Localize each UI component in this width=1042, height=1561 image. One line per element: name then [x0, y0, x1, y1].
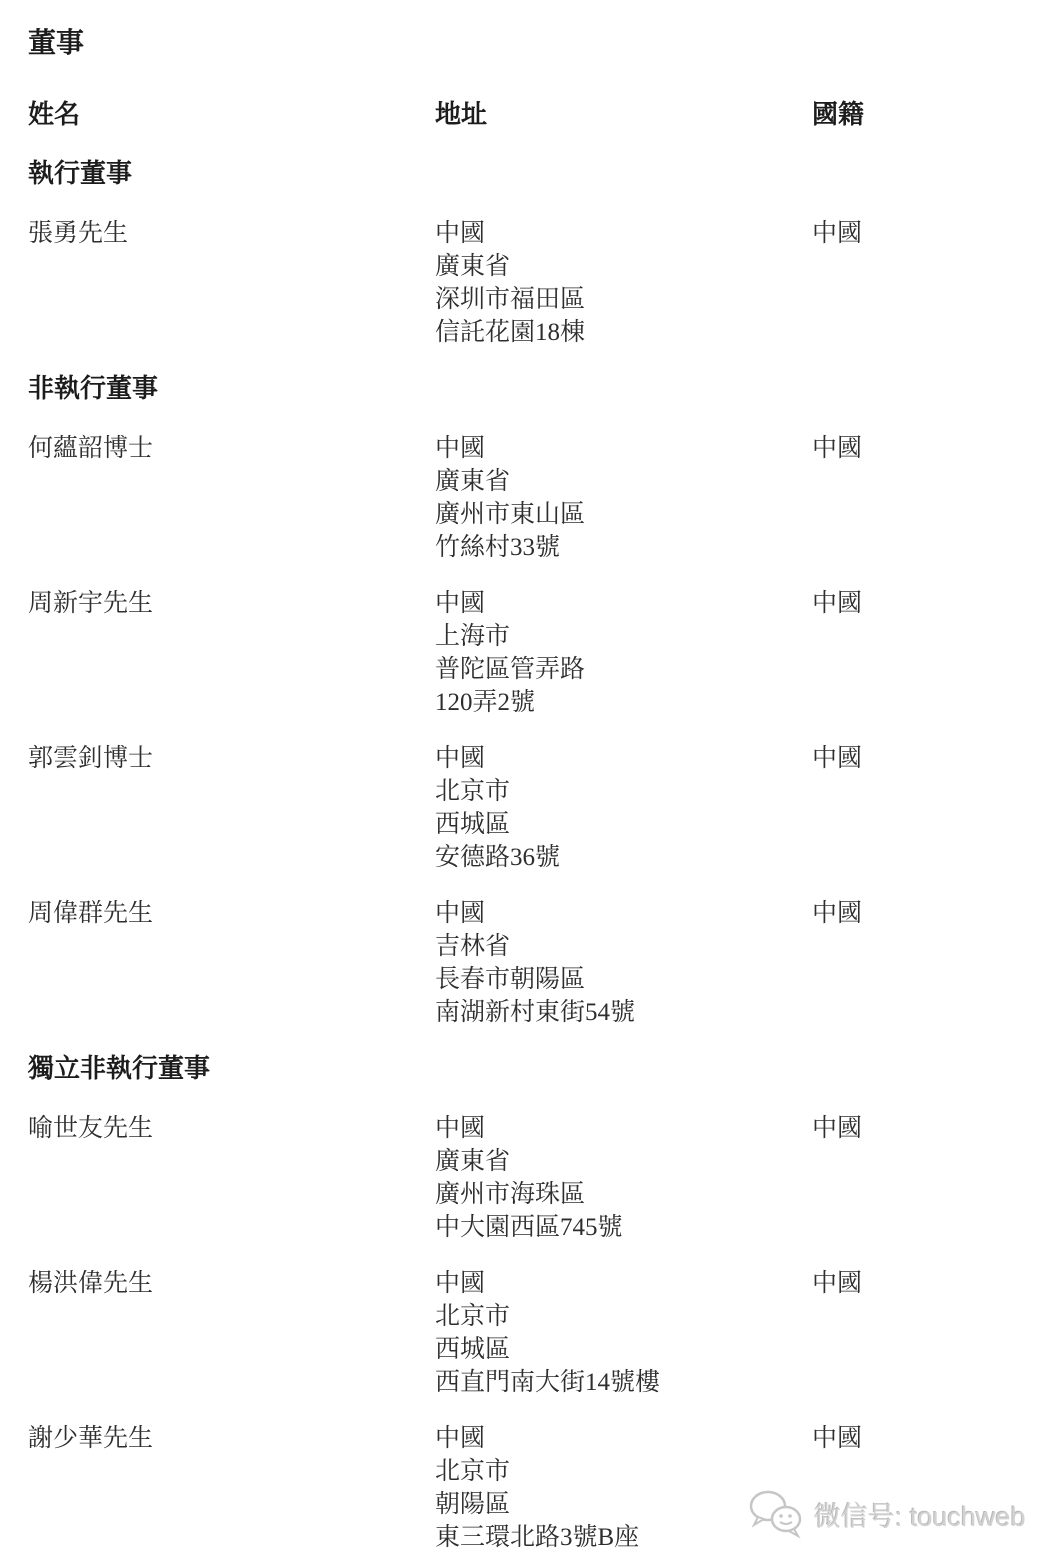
section-heading: 獨立非執行董事	[28, 1052, 1014, 1085]
address-line: 長春市朝陽區	[435, 963, 812, 996]
address-line: 廣州市海珠區	[435, 1178, 812, 1211]
director-name: 楊洪偉先生	[28, 1267, 435, 1300]
director-name: 何蘊韶博士	[28, 432, 435, 465]
address-line: 廣東省	[435, 250, 812, 283]
address-line: 吉林省	[435, 930, 812, 963]
section-heading: 執行董事	[28, 157, 1014, 190]
watermark-label: 微信号: touchweb	[814, 1495, 1026, 1534]
director-name: 郭雲釗博士	[28, 742, 435, 775]
address-line: 西城區	[435, 1333, 812, 1366]
section-heading: 非執行董事	[28, 372, 1014, 405]
address-line: 中大園西區745號	[435, 1211, 812, 1244]
director-row: 郭雲釗博士 中國北京市西城區安德路36號 中國	[28, 742, 1014, 874]
table-header-row: 姓名 地址 國籍	[28, 98, 1014, 131]
director-nationality: 中國	[812, 897, 1014, 930]
director-row: 何蘊韶博士 中國廣東省廣州市東山區竹絲村33號 中國	[28, 432, 1014, 564]
director-address: 中國北京市西城區西直門南大街14號樓	[435, 1267, 812, 1399]
director-section: 非執行董事 何蘊韶博士 中國廣東省廣州市東山區竹絲村33號 中國 周新宇先生 中…	[28, 372, 1014, 1029]
address-line: 廣東省	[435, 465, 812, 498]
director-row: 楊洪偉先生 中國北京市西城區西直門南大街14號樓 中國	[28, 1267, 1014, 1399]
address-line: 120弄2號	[435, 686, 812, 719]
director-row: 周新宇先生 中國上海市普陀區管弄路120弄2號 中國	[28, 587, 1014, 719]
director-nationality: 中國	[812, 217, 1014, 250]
header-nationality: 國籍	[812, 98, 1014, 131]
wechat-icon	[748, 1488, 806, 1540]
page-title: 董事	[28, 26, 1014, 62]
address-line: 北京市	[435, 1455, 812, 1488]
director-address: 中國上海市普陀區管弄路120弄2號	[435, 587, 812, 719]
director-nationality: 中國	[812, 742, 1014, 775]
director-name: 謝少華先生	[28, 1422, 435, 1455]
address-line: 中國	[435, 432, 812, 465]
address-line: 中國	[435, 587, 812, 620]
address-line: 深圳市福田區	[435, 283, 812, 316]
director-row: 張勇先生 中國廣東省深圳市福田區信託花園18棟 中國	[28, 217, 1014, 349]
address-line: 普陀區管弄路	[435, 653, 812, 686]
address-line: 中國	[435, 742, 812, 775]
address-line: 中國	[435, 1422, 812, 1455]
header-name: 姓名	[28, 98, 435, 131]
director-section: 執行董事 張勇先生 中國廣東省深圳市福田區信託花園18棟 中國	[28, 157, 1014, 349]
director-address: 中國廣東省廣州市東山區竹絲村33號	[435, 432, 812, 564]
director-row: 喻世友先生 中國廣東省廣州市海珠區中大園西區745號 中國	[28, 1112, 1014, 1244]
address-line: 竹絲村33號	[435, 531, 812, 564]
address-line: 北京市	[435, 1300, 812, 1333]
address-line: 中國	[435, 1112, 812, 1145]
director-nationality: 中國	[812, 1267, 1014, 1300]
director-nationality: 中國	[812, 1422, 1014, 1455]
address-line: 廣州市東山區	[435, 498, 812, 531]
address-line: 西直門南大街14號樓	[435, 1366, 812, 1399]
watermark: 微信号: touchweb	[748, 1488, 1026, 1540]
director-section: 獨立非執行董事 喻世友先生 中國廣東省廣州市海珠區中大園西區745號 中國 楊洪…	[28, 1052, 1014, 1554]
director-row: 周偉群先生 中國吉林省長春市朝陽區南湖新村東街54號 中國	[28, 897, 1014, 1029]
director-address: 中國廣東省深圳市福田區信託花園18棟	[435, 217, 812, 349]
director-name: 周偉群先生	[28, 897, 435, 930]
director-address: 中國廣東省廣州市海珠區中大園西區745號	[435, 1112, 812, 1244]
director-nationality: 中國	[812, 432, 1014, 465]
director-address: 中國北京市西城區安德路36號	[435, 742, 812, 874]
header-address: 地址	[435, 98, 812, 131]
director-address: 中國吉林省長春市朝陽區南湖新村東街54號	[435, 897, 812, 1029]
directors-table: 執行董事 張勇先生 中國廣東省深圳市福田區信託花園18棟 中國 非執行董事 何蘊…	[28, 157, 1014, 1554]
address-line: 中國	[435, 897, 812, 930]
director-name: 喻世友先生	[28, 1112, 435, 1145]
address-line: 中國	[435, 217, 812, 250]
address-line: 廣東省	[435, 1145, 812, 1178]
document-page: 董事 姓名 地址 國籍 執行董事 張勇先生 中國廣東省深圳市福田區信託花園18棟…	[0, 0, 1042, 1554]
address-line: 信託花園18棟	[435, 316, 812, 349]
director-name: 周新宇先生	[28, 587, 435, 620]
director-nationality: 中國	[812, 587, 1014, 620]
address-line: 上海市	[435, 620, 812, 653]
address-line: 北京市	[435, 775, 812, 808]
address-line: 中國	[435, 1267, 812, 1300]
address-line: 西城區	[435, 808, 812, 841]
address-line: 南湖新村東街54號	[435, 996, 812, 1029]
address-line: 安德路36號	[435, 841, 812, 874]
director-name: 張勇先生	[28, 217, 435, 250]
director-nationality: 中國	[812, 1112, 1014, 1145]
